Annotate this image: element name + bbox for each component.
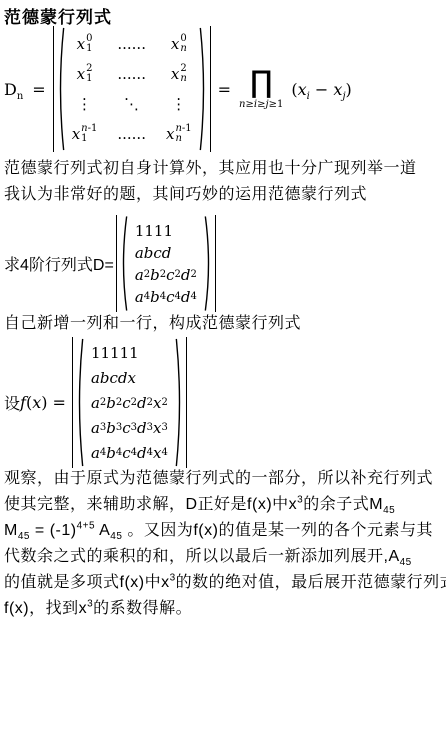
formula-label: 求4阶行列式D= <box>4 252 114 275</box>
determinant-bar-left <box>116 215 117 312</box>
hint-paragraph: 自己新增一列和一行，构成范德蒙行列式 <box>4 311 301 337</box>
determinant-bar-left <box>53 26 54 152</box>
matrix-cell: a4b4c4d4 <box>135 286 197 308</box>
product-expression: (xi − xj) <box>291 80 351 99</box>
formula-lhs: Dn <box>4 80 23 99</box>
matrix-cell: 1111 <box>135 220 173 242</box>
text-line: f(x)，找到x3的系数得解。 <box>4 596 446 622</box>
matrix-cell: ⋮ <box>77 89 92 119</box>
text-line: 观察，由于原式为范德蒙行列式的一部分，所以补充行列式 <box>4 466 446 492</box>
product-symbol-icon: ∏ <box>250 68 273 98</box>
intro-paragraph: 范德蒙行列式初自身计算外，其应用也十分广现列举一道 我认为非常好的题，其间巧妙的… <box>4 156 417 208</box>
text-line: 我认为非常好的题，其间巧妙的运用范德蒙行列式 <box>4 182 417 208</box>
matrix-cell: xn-11 <box>72 119 98 149</box>
vandermonde-definition-formula: Dn = x01......x0nx21......x2n⋮⋱⋮xn-11...… <box>4 26 352 152</box>
matrix-cell: x01 <box>77 29 93 59</box>
left-paren-icon <box>56 26 65 152</box>
matrix-cell: a3b3c3d3x3 <box>91 415 168 440</box>
solution-paragraph: 观察，由于原式为范德蒙行列式的一部分，所以补充行列式 使其完整，来辅助求解，D正… <box>4 466 446 622</box>
determinant-bar-right <box>215 215 216 312</box>
matrix-n: x01......x0nx21......x2n⋮⋱⋮xn-11......xn… <box>65 26 199 152</box>
matrix-cell: a2b2c2d2x2 <box>91 390 168 415</box>
formula-label-math: f(x) = <box>20 393 66 412</box>
matrix-cell: ⋮ <box>171 89 186 119</box>
formula-label-cn: 设 <box>4 391 20 414</box>
left-paren-icon <box>75 337 84 468</box>
text-line: 自己新增一列和一行，构成范德蒙行列式 <box>4 311 301 337</box>
matrix-d: 1111abcda2b2c2d2a4b4c4d4 <box>128 215 204 312</box>
left-paren-icon <box>119 215 128 312</box>
matrix-cell: ...... <box>117 59 146 89</box>
matrix-cell: a2b2c2d2 <box>135 264 197 286</box>
fx-determinant-formula: 设 f(x) = 11111abcdxa2b2c2d2x2a3b3c3d3x3a… <box>4 337 189 468</box>
matrix-cell: 11111 <box>91 340 139 365</box>
matrix-cell: ...... <box>117 29 146 59</box>
text-line: 的值就是多项式f(x)中x3的数的绝对值，最后展开范德蒙行列式 <box>4 570 446 596</box>
text-line: 使其完整，来辅助求解，D正好是f(x)中x3的余子式M45 <box>4 492 446 518</box>
right-paren-icon <box>204 215 213 312</box>
matrix-cell: abcdx <box>91 365 136 390</box>
text-line: 范德蒙行列式初自身计算外，其应用也十分广现列举一道 <box>4 156 417 182</box>
text-line: M45 = (-1)4+5 A45 。又因为f(x)的值是某一列的各个元素与其 <box>4 518 446 544</box>
matrix-cell: ⋱ <box>124 89 139 119</box>
matrix-fx: 11111abcdxa2b2c2d2x2a3b3c3d3x3a4b4c4d4x4 <box>84 337 175 468</box>
equals-sign: = <box>32 80 45 99</box>
determinant-d: 1111abcda2b2c2d2a4b4c4d4 <box>114 215 218 312</box>
problem-formula-d: 求4阶行列式D= 1111abcda2b2c2d2a4b4c4d4 <box>4 215 218 312</box>
right-paren-icon <box>199 26 208 152</box>
product-operator: ∏ n≥i≥j≥1 <box>239 68 283 110</box>
product-subscript: n≥i≥j≥1 <box>239 99 283 110</box>
equals-sign: = <box>218 80 231 99</box>
matrix-cell: ...... <box>117 119 146 149</box>
determinant-bar-right <box>186 337 187 468</box>
determinant-n: x01......x0nx21......x2n⋮⋱⋮xn-11......xn… <box>51 26 213 152</box>
text-line: 代数余之式的乘积的和，所以以最后一新添加列展开,A45 <box>4 544 446 570</box>
matrix-cell: abcd <box>135 242 172 264</box>
matrix-cell: x2n <box>171 59 187 89</box>
matrix-cell: a4b4c4d4x4 <box>91 440 168 465</box>
determinant-bar-right <box>210 26 211 152</box>
determinant-bar-left <box>72 337 73 468</box>
document-title: 范德蒙行列式 <box>4 3 112 28</box>
matrix-cell: x21 <box>77 59 93 89</box>
matrix-cell: x0n <box>171 29 187 59</box>
right-paren-icon <box>175 337 184 468</box>
matrix-cell: xn-1n <box>166 119 192 149</box>
determinant-fx: 11111abcdxa2b2c2d2x2a3b3c3d3x3a4b4c4d4x4 <box>70 337 189 468</box>
